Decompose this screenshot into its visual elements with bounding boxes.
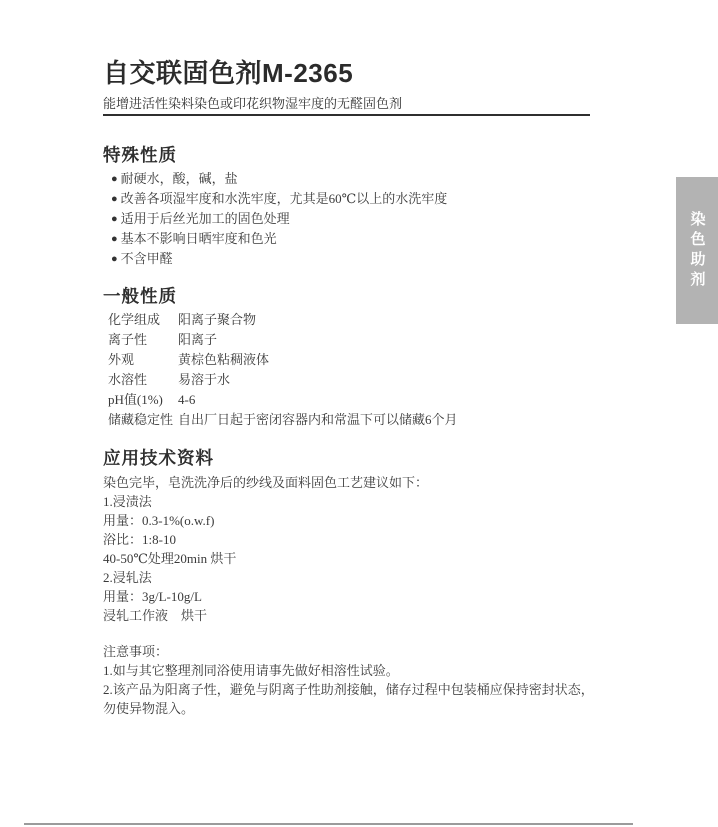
property-label: 储藏稳定性 [108, 410, 178, 430]
application-line: 用量：3g/L-10g/L [103, 587, 608, 606]
notes-heading: 注意事项： [103, 642, 608, 661]
property-label: 离子性 [108, 330, 178, 350]
page-footer-rule [24, 823, 633, 825]
properties-table: 化学组成阳离子聚合物 离子性阳离子 外观黄棕色粘稠液体 水溶性易溶于水 pH值(… [103, 310, 608, 430]
property-row: 外观黄棕色粘稠液体 [103, 350, 608, 370]
note-line: 1.如与其它整理剂同浴使用请事先做好相溶性试验。 [103, 661, 608, 680]
property-row: 储藏稳定性自出厂日起于密闭容器内和常温下可以储藏6个月 [103, 410, 608, 430]
property-value: 阳离子聚合物 [178, 310, 256, 330]
property-value: 黄棕色粘稠液体 [178, 350, 269, 370]
application-line: 浸轧工作液 烘干 [103, 606, 608, 625]
bullet-text: 基本不影响日晒牢度和色光 [121, 231, 277, 246]
bullet-item: ●改善各项湿牢度和水洗牢度，尤其是60℃以上的水洗牢度 [111, 189, 608, 209]
property-value: 易溶于水 [178, 370, 230, 390]
note-line: 勿使异物混入。 [103, 699, 608, 718]
special-properties-list: ●耐硬水，酸，碱，盐 ●改善各项湿牢度和水洗牢度，尤其是60℃以上的水洗牢度 ●… [111, 169, 608, 269]
property-row: 水溶性易溶于水 [103, 370, 608, 390]
bullet-icon: ● [111, 213, 118, 225]
bullet-text: 改善各项湿牢度和水洗牢度，尤其是60℃以上的水洗牢度 [121, 191, 448, 206]
datasheet-page: 自交联固色剂M-2365 能增进活性染料染色或印花织物湿牢度的无醛固色剂 特殊性… [0, 0, 718, 827]
bullet-item: ●耐硬水，酸，碱，盐 [111, 169, 608, 189]
bullet-item: ●适用于后丝光加工的固色处理 [111, 209, 608, 229]
bullet-item: ●基本不影响日晒牢度和色光 [111, 229, 608, 249]
bullet-text: 不含甲醛 [121, 251, 173, 266]
application-line: 2.浸轧法 [103, 568, 608, 587]
property-row: 化学组成阳离子聚合物 [103, 310, 608, 330]
product-title: 自交联固色剂M-2365 [103, 56, 608, 90]
section-general-properties: 一般性质 化学组成阳离子聚合物 离子性阳离子 外观黄棕色粘稠液体 水溶性易溶于水… [103, 285, 608, 430]
section-heading-general: 一般性质 [103, 285, 608, 307]
section-heading-application: 应用技术资料 [103, 447, 608, 469]
property-label: 外观 [108, 350, 178, 370]
subtitle-rule [103, 114, 590, 116]
bullet-text: 适用于后丝光加工的固色处理 [121, 211, 290, 226]
application-line: 浴比：1:8-10 [103, 530, 608, 549]
bullet-icon: ● [111, 193, 118, 205]
category-side-tab-label: 染色助剂 [687, 211, 708, 291]
property-label: 化学组成 [108, 310, 178, 330]
bullet-icon: ● [111, 233, 118, 245]
section-notes: 注意事项： 1.如与其它整理剂同浴使用请事先做好相溶性试验。 2.该产品为阳离子… [103, 642, 608, 718]
bullet-icon: ● [111, 253, 118, 265]
property-value: 4-6 [178, 390, 195, 410]
category-side-tab: 染色助剂 [676, 177, 718, 324]
section-application: 应用技术资料 染色完毕，皂洗洗净后的纱线及面料固色工艺建议如下： 1.浸渍法 用… [103, 447, 608, 625]
section-heading-special: 特殊性质 [103, 144, 608, 166]
property-value: 自出厂日起于密闭容器内和常温下可以储藏6个月 [178, 410, 458, 430]
application-line: 用量：0.3-1%(o.w.f) [103, 511, 608, 530]
bullet-text: 耐硬水，酸，碱，盐 [121, 171, 238, 186]
note-line: 2.该产品为阳离子性，避免与阴离子性助剂接触，储存过程中包装桶应保持密封状态， [103, 680, 608, 699]
property-row: 离子性阳离子 [103, 330, 608, 350]
application-line: 染色完毕，皂洗洗净后的纱线及面料固色工艺建议如下： [103, 473, 608, 492]
application-line: 40-50℃处理20min 烘干 [103, 549, 608, 568]
content-column: 自交联固色剂M-2365 能增进活性染料染色或印花织物湿牢度的无醛固色剂 特殊性… [103, 56, 608, 718]
property-value: 阳离子 [178, 330, 217, 350]
property-label: 水溶性 [108, 370, 178, 390]
section-special-properties: 特殊性质 ●耐硬水，酸，碱，盐 ●改善各项湿牢度和水洗牢度，尤其是60℃以上的水… [103, 144, 608, 269]
bullet-icon: ● [111, 173, 118, 185]
property-row: pH值(1%)4-6 [103, 390, 608, 410]
bullet-item: ●不含甲醛 [111, 249, 608, 269]
property-label: pH值(1%) [108, 390, 178, 410]
product-subtitle: 能增进活性染料染色或印花织物湿牢度的无醛固色剂 [103, 95, 608, 112]
application-line: 1.浸渍法 [103, 492, 608, 511]
application-lines: 染色完毕，皂洗洗净后的纱线及面料固色工艺建议如下： 1.浸渍法 用量：0.3-1… [103, 473, 608, 625]
